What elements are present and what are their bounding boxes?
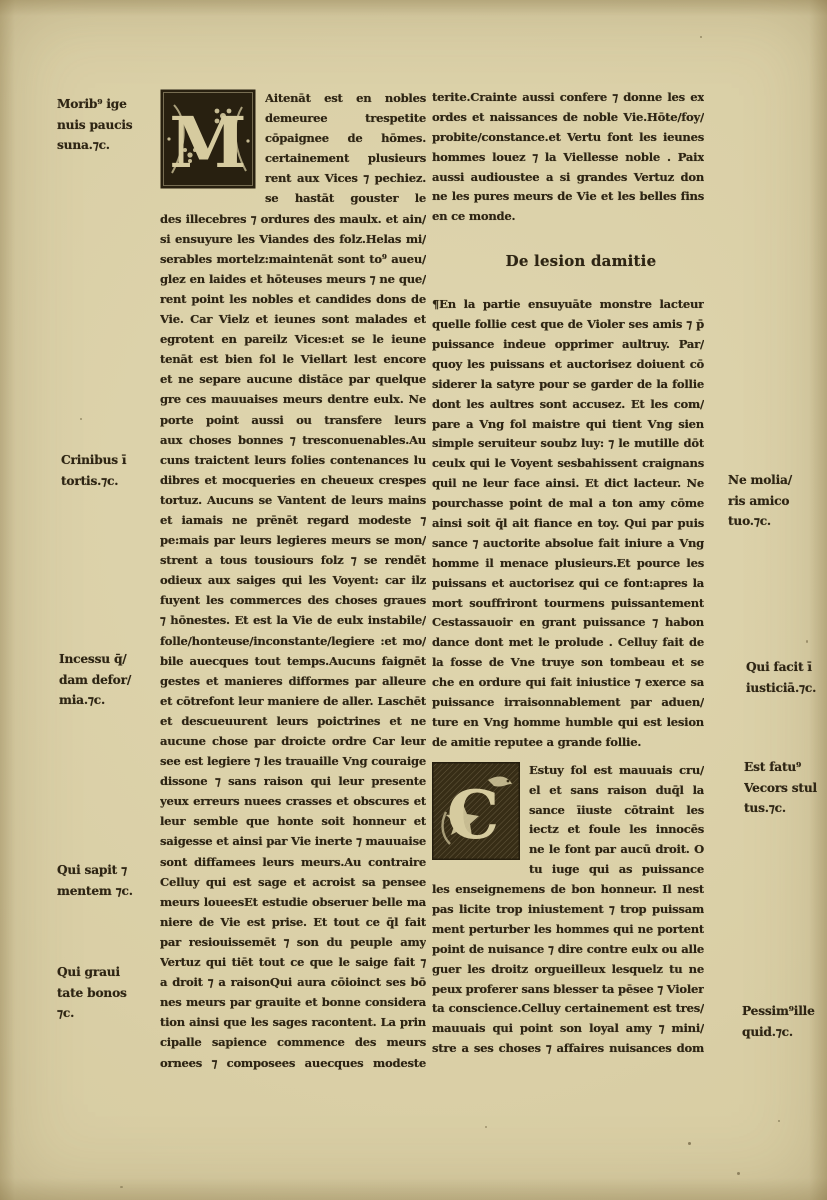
text-line: cuns traictent leurs folies contenances … (160, 450, 426, 470)
text-line: quelle follie cest que de Violer ses ami… (432, 315, 704, 335)
text-line: Qui facit ī (746, 657, 827, 678)
paper-speck (806, 640, 808, 643)
text-line: ne les pures meurs de Vie et les belles … (432, 187, 704, 207)
paragraph: C Estuy fol est mauuais cru/el et sans r… (432, 761, 704, 1059)
text-line: des illecebres ⁊ ordures des maulx. et a… (160, 209, 426, 229)
text-line: fuyent les commerces des choses graues (160, 590, 426, 610)
left-text-column: M Aitenāt est en nobles meursdem (160, 88, 426, 1073)
text-line: mia.⁊c. (59, 690, 167, 711)
text-line: ceulx qui le Voyent sesbahissent craigna… (432, 454, 704, 474)
margin-note-left-2: Crinibus ītortis.⁊c. (61, 450, 169, 491)
text-line: tate bonos (57, 983, 165, 1004)
margin-note-left-1: Morib⁹ igenuis paucissuna.⁊c. (57, 94, 165, 156)
text-line: dam defor/ (59, 670, 167, 691)
text-line: ne le font par aucū droit. O (529, 840, 704, 860)
text-line: et descueuurent leurs poictrines et ne f… (160, 711, 426, 731)
text-line: dissone ⁊ sans raison qui leur presente … (160, 771, 426, 791)
text-line: see est legiere ⁊ les trauaille Vng cour… (160, 751, 426, 771)
text-line: par resiouissemēt ⁊ son du peuple amy de… (160, 932, 426, 952)
text-line: dibres et mocqueries en cheueux crespes … (160, 470, 426, 490)
text-line: ⁊c. (57, 1003, 165, 1024)
text-line: folle/honteuse/inconstante/legiere :et m… (160, 631, 426, 651)
text-line: ornees ⁊ composees auecques modeste dex (160, 1053, 426, 1073)
text-line: mauuais qui point son loyal amy ⁊ mini/ (432, 1019, 704, 1039)
paper-speck (737, 1172, 740, 1175)
text-line: leur semble que honte soit honneur et fo… (160, 811, 426, 831)
text-line: glez en laides et hōteuses meurs ⁊ ne qu… (160, 269, 426, 289)
text-line: ture en Vng homme humble qui est lesion (432, 713, 704, 733)
margin-note-left-3: Incessu q̄/dam defor/mia.⁊c. (59, 649, 167, 711)
text-line: ta conscience.Celluy certainement est tr… (432, 999, 704, 1019)
paper-speck (778, 1120, 780, 1122)
text-line: hommes louez ⁊ la Viellesse noble . Paix (432, 148, 704, 168)
text-line: homme il menace plusieurs.Et pource les (432, 554, 704, 574)
text-line: Pessim⁹ille (742, 1001, 827, 1022)
text-line: Estuy fol est mauuais cru/ (529, 761, 704, 781)
text-line: Aitenāt est en nobles meurs (265, 88, 426, 108)
text-line: puissance indeue opprimer aultruy. Par/ (432, 335, 704, 355)
section-heading: De lesion damitie (432, 251, 704, 271)
text-line: aux choses bonnes ⁊ tresconuenables.Au (160, 430, 426, 450)
book-page-scan: Morib⁹ igenuis paucissuna.⁊c. Crinibus ī… (0, 0, 827, 1200)
text-line: tion ainsi que les sages racontent. La p… (160, 1012, 426, 1032)
text-line: sance īiuste cōtraint les sub/ (529, 801, 704, 821)
margin-note-right-1: Ne molia/ris amicotuo.⁊c. (728, 470, 827, 532)
text-line: Qui sapit ⁊ (57, 860, 165, 881)
text-line: rent aux Vices ⁊ pechiez. En (265, 168, 426, 188)
text-line: ⁊ hōnestes. Et est la Vie de eulx instab… (160, 610, 426, 630)
text-line: tuo.⁊c. (728, 511, 827, 532)
text-line: et cōtrefont leur maniere de aller. Lasc… (160, 691, 426, 711)
text-line: sance ⁊ auctorite absolue fait iniure a … (432, 534, 704, 554)
paragraph: M Aitenāt est en nobles meursdem (160, 88, 426, 1073)
text-line: ordes et naissances de noble Vie.Hōte/fo… (432, 108, 704, 128)
text-line: pas licite trop iniustement ⁊ trop puiss… (432, 900, 704, 920)
text-line: gestes et manieres difformes par alleure (160, 671, 426, 691)
paragraph: terite.Crainte aussi confere ⁊ donne les… (432, 88, 704, 227)
text-line: guer les droitz orgueilleux lesquelz tu … (432, 960, 704, 980)
text-line: demeuree trespetite tourbe ⁊ (265, 108, 426, 128)
text-line: suna.⁊c. (57, 135, 165, 156)
margin-note-left-5: Qui grauitate bonos⁊c. (57, 962, 165, 1024)
text-line: tus.⁊c. (744, 798, 827, 819)
paper-speck (688, 1142, 691, 1145)
text-line: aucune chose par droicte ordre Car leur … (160, 731, 426, 751)
text-line: Morib⁹ ige (57, 94, 165, 115)
text-line: tortuz. Aucuns se Vantent de leurs mains (160, 490, 426, 510)
text-line: Est fatu⁹ (744, 757, 827, 778)
text-line: egrotent en pareilz Vices:et se le ieune… (160, 329, 426, 349)
text-line: Celluy qui est sage et acroist sa pensee… (160, 872, 426, 892)
margin-note-left-4: Qui sapit ⁊mentem ⁊c. (57, 860, 165, 901)
text-line: pourchasse point de mal a ton amy cōme (432, 494, 704, 514)
text-line: se hastāt gouster le pechie auecques les… (265, 188, 426, 208)
text-line: porte point aussi ou transfere leurs pēs… (160, 410, 426, 430)
text-line: quil ne leur face ainsi. Et dict lacteur… (432, 474, 704, 494)
text-line: tortis.⁊c. (61, 471, 169, 492)
text-line: cipalle sapience commence des meurs bien (160, 1032, 426, 1052)
text-line: iusticiā.⁊c. (746, 678, 827, 699)
text-line: che en ordure qui fait iniustice ⁊ exerc… (432, 673, 704, 693)
text-line: ris amico (728, 491, 827, 512)
text-line: Vie. Car Vielz et ieunes sont malades et (160, 309, 426, 329)
woodcut-initial-c: C (432, 762, 520, 864)
text-line: gre ces mauuaises meurs dentre eulx. Ne (160, 389, 426, 409)
text-line: nuis paucis (57, 115, 165, 136)
text-line: cōpaignee de hōmes. Mais (265, 128, 426, 148)
text-line: et ne separe aucune distāce par quelque … (160, 369, 426, 389)
text-line: tu iuge qui as puissance attens ⁊ consid… (529, 860, 704, 880)
text-line: Vertuz qui tiēt tout ce que le saige fai… (160, 952, 426, 972)
text-line: dance dont met le prolude . Celluy fait … (432, 633, 704, 653)
text-line: iectz et foule les innocēs qui (529, 820, 704, 840)
text-line: en ce monde. (432, 207, 704, 227)
text-line: certainement plusieurs cou/ (265, 148, 426, 168)
text-line: a droit ⁊ a raisonQui aura cōioinct ses … (160, 972, 426, 992)
text-line: rent point les nobles et candides dons d… (160, 289, 426, 309)
text-line: pe:mais par leurs legieres meurs se mon/ (160, 530, 426, 550)
text-line: nes meurs par grauite et bonne considera (160, 992, 426, 1012)
text-line: point de nuisance ⁊ dire contre eulx ou … (432, 940, 704, 960)
text-line: de amitie reputee a grande follie. (432, 733, 704, 753)
text-line: quoy les puissans et auctorisez doiuent … (432, 355, 704, 375)
text-line: simple seruiteur soubz luy: ⁊ le mutille… (432, 434, 704, 454)
text-line: pare a Vng fol maistre qui tient Vng sie… (432, 415, 704, 435)
text-line: siderer la satyre pour se garder de la f… (432, 375, 704, 395)
right-text-column: terite.Crainte aussi confere ⁊ donne les… (432, 88, 704, 1059)
text-line: odieux aux saiges qui les Voyent: car il… (160, 570, 426, 590)
text-line: Cestassauoir en grant puissance ⁊ habon (432, 613, 704, 633)
text-line: yeux erreurs nuees crasses et obscures e… (160, 791, 426, 811)
text-line: si ensuyure les Viandes des folz.Helas m… (160, 229, 426, 249)
text-line: ¶En la partie ensuyuāte monstre lacteur (432, 295, 704, 315)
text-line: saigesse et ainsi par Vie inerte ⁊ mauua… (160, 831, 426, 851)
text-line: niere de Vie est prise. Et tout ce q̄l f… (160, 912, 426, 932)
text-line: el et sans raison duq̄l la puis (529, 781, 704, 801)
text-line: tenāt est bien fol le Viellart lest enco… (160, 349, 426, 369)
text-line: Qui graui (57, 962, 165, 983)
text-line: ment perturber les hommes qui ne portent (432, 920, 704, 940)
margin-note-right-4: Pessim⁹illequid.⁊c. (742, 1001, 827, 1042)
text-line: serables mortelz:maintenāt sont to⁹ aueu… (160, 249, 426, 269)
text-line: la fosse de Vne truye son tombeau et se … (432, 653, 704, 673)
text-line: dont les aultres sont accusez. Et les co… (432, 395, 704, 415)
paper-speck (120, 1186, 123, 1188)
margin-note-right-2: Qui facit īiusticiā.⁊c. (746, 657, 827, 698)
text-line: Crinibus ī (61, 450, 169, 471)
text-line: stre a ses choses ⁊ affaires nuisances d… (432, 1039, 704, 1059)
text-line: Incessu q̄/ (59, 649, 167, 670)
paper-speck (80, 418, 82, 420)
text-line: les enseignemens de bon honneur. Il nest (432, 880, 704, 900)
woodcut-initial-m: M (160, 89, 256, 193)
text-line: puissance irraisonnablement par aduen/ (432, 693, 704, 713)
paragraph: ¶En la partie ensuyuāte monstre lacteurq… (432, 295, 704, 752)
paper-speck (700, 36, 702, 38)
margin-note-right-3: Est fatu⁹Vecors stultus.⁊c. (744, 757, 827, 819)
text-line: peux proferer sans blesser ta pēsee ⁊ Vi… (432, 980, 704, 1000)
text-line: probite/constance.et Vertu font les ieun… (432, 128, 704, 148)
text-line: ainsi soit q̄l ait fiance en toy. Qui pa… (432, 514, 704, 534)
text-line: puissans et auctorisez qui ce font:apres… (432, 574, 704, 594)
text-line: sont diffamees leurs meurs.Au contraire (160, 852, 426, 872)
text-line: mentem ⁊c. (57, 881, 165, 902)
text-line: et iamais ne prēnēt regard modeste ⁊ att… (160, 510, 426, 530)
text-line: meurs loueesEt estudie obseruer belle ma (160, 892, 426, 912)
text-line: bile auecques tout temps.Aucuns faignēt (160, 651, 426, 671)
text-line: mort souffriront tourmens puissantement (432, 594, 704, 614)
text-line: aussi audioustee a si grandes Vertuz don (432, 168, 704, 188)
paper-speck (485, 1126, 487, 1128)
text-line: Ne molia/ (728, 470, 827, 491)
text-line: strent a tous tousiours folz ⁊ se rendēt… (160, 550, 426, 570)
text-line: Vecors stul (744, 778, 827, 799)
text-line: terite.Crainte aussi confere ⁊ donne les… (432, 88, 704, 108)
text-line: quid.⁊c. (742, 1022, 827, 1043)
